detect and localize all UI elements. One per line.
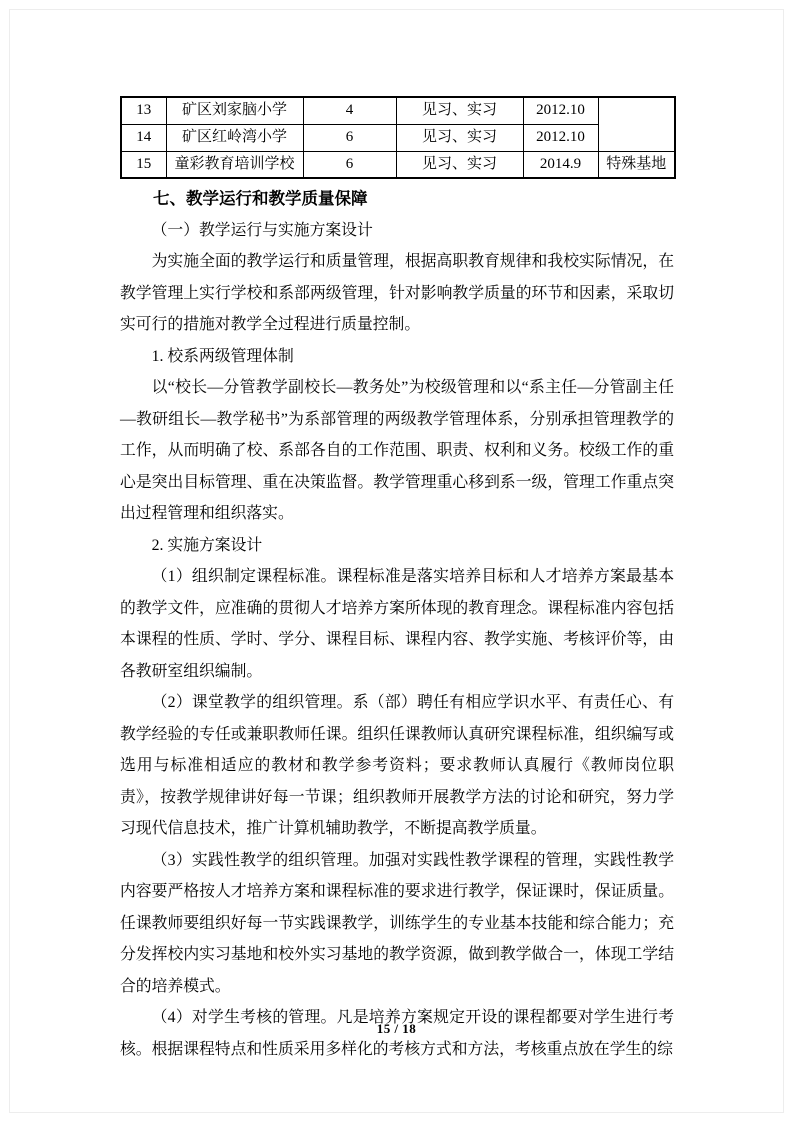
cell-row-number: 14 xyxy=(121,124,166,151)
paragraph-practice: （3）实践性教学的组织管理。加强对实践性教学课程的管理，实践性教学内容要严格按人… xyxy=(120,845,674,1003)
numbered-item-1: 1. 校系两级管理体制 xyxy=(120,341,674,373)
cell-count: 6 xyxy=(303,124,396,151)
table-row: 15 童彩教育培训学校 6 见习、实习 2014.9 特殊基地 xyxy=(121,151,675,178)
subsection-heading: （一）教学运行与实施方案设计 xyxy=(120,215,674,247)
numbered-item-2: 2. 实施方案设计 xyxy=(120,530,674,562)
paragraph-classroom: （2）课堂教学的组织管理。系（部）聘任有相应学识水平、有责任心、有教学经验的专任… xyxy=(120,687,674,845)
paragraph-course-standard: （1）组织制定课程标准。课程标准是落实培养目标和人才培养方案最基本的教学文件，应… xyxy=(120,561,674,687)
cell-base-name: 矿区红岭湾小学 xyxy=(166,124,303,151)
cell-row-number: 13 xyxy=(121,97,166,124)
cell-type: 见习、实习 xyxy=(396,124,523,151)
cell-base-name: 童彩教育培训学校 xyxy=(166,151,303,178)
cell-note: 特殊基地 xyxy=(598,151,675,178)
cell-count: 4 xyxy=(303,97,396,124)
cell-date: 2012.10 xyxy=(523,124,598,151)
table-row: 14 矿区红岭湾小学 6 见习、实习 2012.10 xyxy=(121,124,675,151)
document-body: 七、教学运行和教学质量保障 （一）教学运行与实施方案设计 为实施全面的教学运行和… xyxy=(120,183,674,1065)
paragraph-intro: 为实施全面的教学运行和质量管理，根据高职教育规律和我校实际情况，在教学管理上实行… xyxy=(120,246,674,341)
cell-row-number: 15 xyxy=(121,151,166,178)
page-number: 15 / 18 xyxy=(0,1021,793,1037)
cell-type: 见习、实习 xyxy=(396,151,523,178)
cell-date: 2012.10 xyxy=(523,97,598,124)
document-page: 13 矿区刘家脑小学 4 见习、实习 2012.10 14 矿区红岭湾小学 6 … xyxy=(0,0,793,1122)
cell-type: 见习、实习 xyxy=(396,97,523,124)
paragraph-management: 以“校长—分管教学副校长—教务处”为校级管理和以“系主任—分管副主任—教研组长—… xyxy=(120,372,674,530)
section-heading: 七、教学运行和教学质量保障 xyxy=(120,183,674,215)
table-row: 13 矿区刘家脑小学 4 见习、实习 2012.10 xyxy=(121,97,675,124)
cell-base-name: 矿区刘家脑小学 xyxy=(166,97,303,124)
practice-base-table: 13 矿区刘家脑小学 4 见习、实习 2012.10 14 矿区红岭湾小学 6 … xyxy=(120,96,676,179)
cell-date: 2014.9 xyxy=(523,151,598,178)
cell-note-merged xyxy=(598,97,675,151)
cell-count: 6 xyxy=(303,151,396,178)
